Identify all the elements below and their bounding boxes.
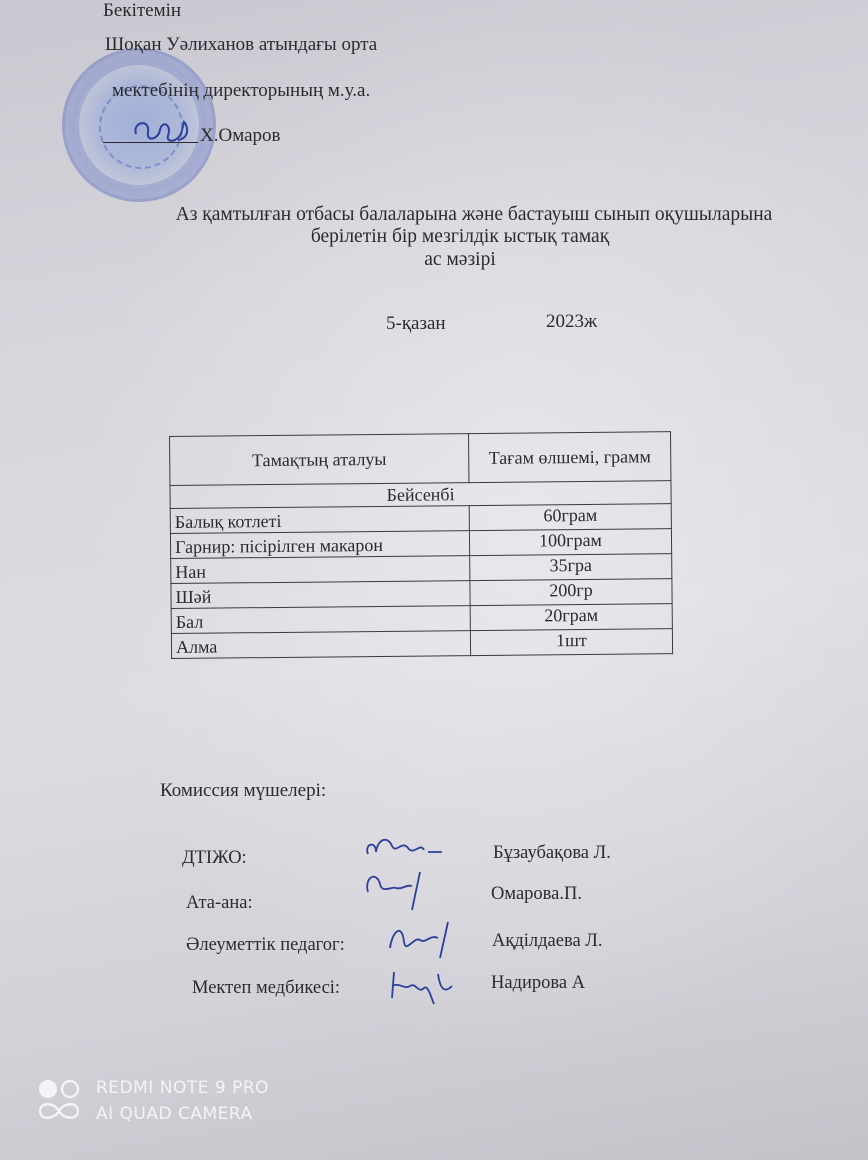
dish-amount: 20грам bbox=[470, 604, 672, 631]
member-name: Омарова.П. bbox=[491, 884, 582, 905]
dish-amount: 60грам bbox=[469, 504, 671, 531]
header-portion-size: Тағам өлшемі, грамм bbox=[468, 432, 670, 483]
dish-name: Бал bbox=[171, 606, 470, 634]
dish-name: Гарнир: пісірілген макарон bbox=[170, 531, 469, 559]
table-header-row: Тамақтың аталуы Тағам өлшемі, грамм bbox=[170, 432, 671, 486]
approval-school: Шоқан Уәлиханов атындағы орта bbox=[105, 34, 377, 56]
dish-name: Алма bbox=[171, 631, 470, 659]
member-signature bbox=[362, 866, 452, 912]
member-name: Ақділдаева Л. bbox=[492, 931, 602, 952]
dish-amount: 200гр bbox=[470, 579, 672, 606]
approval-position: мектебінің директорының м.у.а. bbox=[112, 80, 370, 102]
director-name: Х.Омаров bbox=[200, 125, 281, 146]
member-role: Әлеуметтік педагог: bbox=[186, 935, 345, 956]
member-name: Бұзаубақова Л. bbox=[493, 843, 611, 864]
approval-title: Бекітемін bbox=[103, 0, 181, 22]
dish-name: Шәй bbox=[171, 581, 470, 609]
table-row: Алма1шт bbox=[171, 629, 672, 659]
watermark-model: REDMI NOTE 9 PRO bbox=[96, 1078, 269, 1098]
member-name: Надирова А bbox=[491, 973, 585, 994]
commission-title: Комиссия мүшелері: bbox=[160, 780, 326, 802]
document-date: 5-қазан bbox=[386, 313, 446, 335]
dish-amount: 35гра bbox=[470, 554, 672, 581]
member-role: Мектеп медбикесі: bbox=[192, 978, 340, 999]
document-year: 2023ж bbox=[546, 311, 597, 333]
member-signature bbox=[388, 964, 478, 1010]
member-role: ДТІЖО: bbox=[182, 848, 247, 869]
menu-table: Тамақтың аталуы Тағам өлшемі, грамм Бейс… bbox=[169, 431, 673, 659]
director-signature bbox=[128, 112, 198, 152]
watermark-camera: AI QUAD CAMERA bbox=[96, 1104, 253, 1124]
member-role: Ата-ана: bbox=[186, 893, 253, 914]
camera-logo-icon bbox=[38, 1078, 82, 1122]
header-dish-name: Тамақтың аталуы bbox=[170, 434, 469, 486]
document-title-line3: ас мәзірі bbox=[0, 249, 868, 271]
member-signature bbox=[386, 918, 476, 964]
dish-name: Нан bbox=[171, 556, 470, 584]
dish-amount: 1шт bbox=[470, 629, 672, 656]
dish-name: Балық котлеті bbox=[170, 506, 469, 534]
document-title-line2: берілетін бір мезгілдік ыстық тамақ bbox=[0, 226, 868, 248]
dish-amount: 100грам bbox=[469, 529, 671, 556]
document-title-line1: Аз қамтылған отбасы балаларына және баст… bbox=[0, 204, 868, 226]
